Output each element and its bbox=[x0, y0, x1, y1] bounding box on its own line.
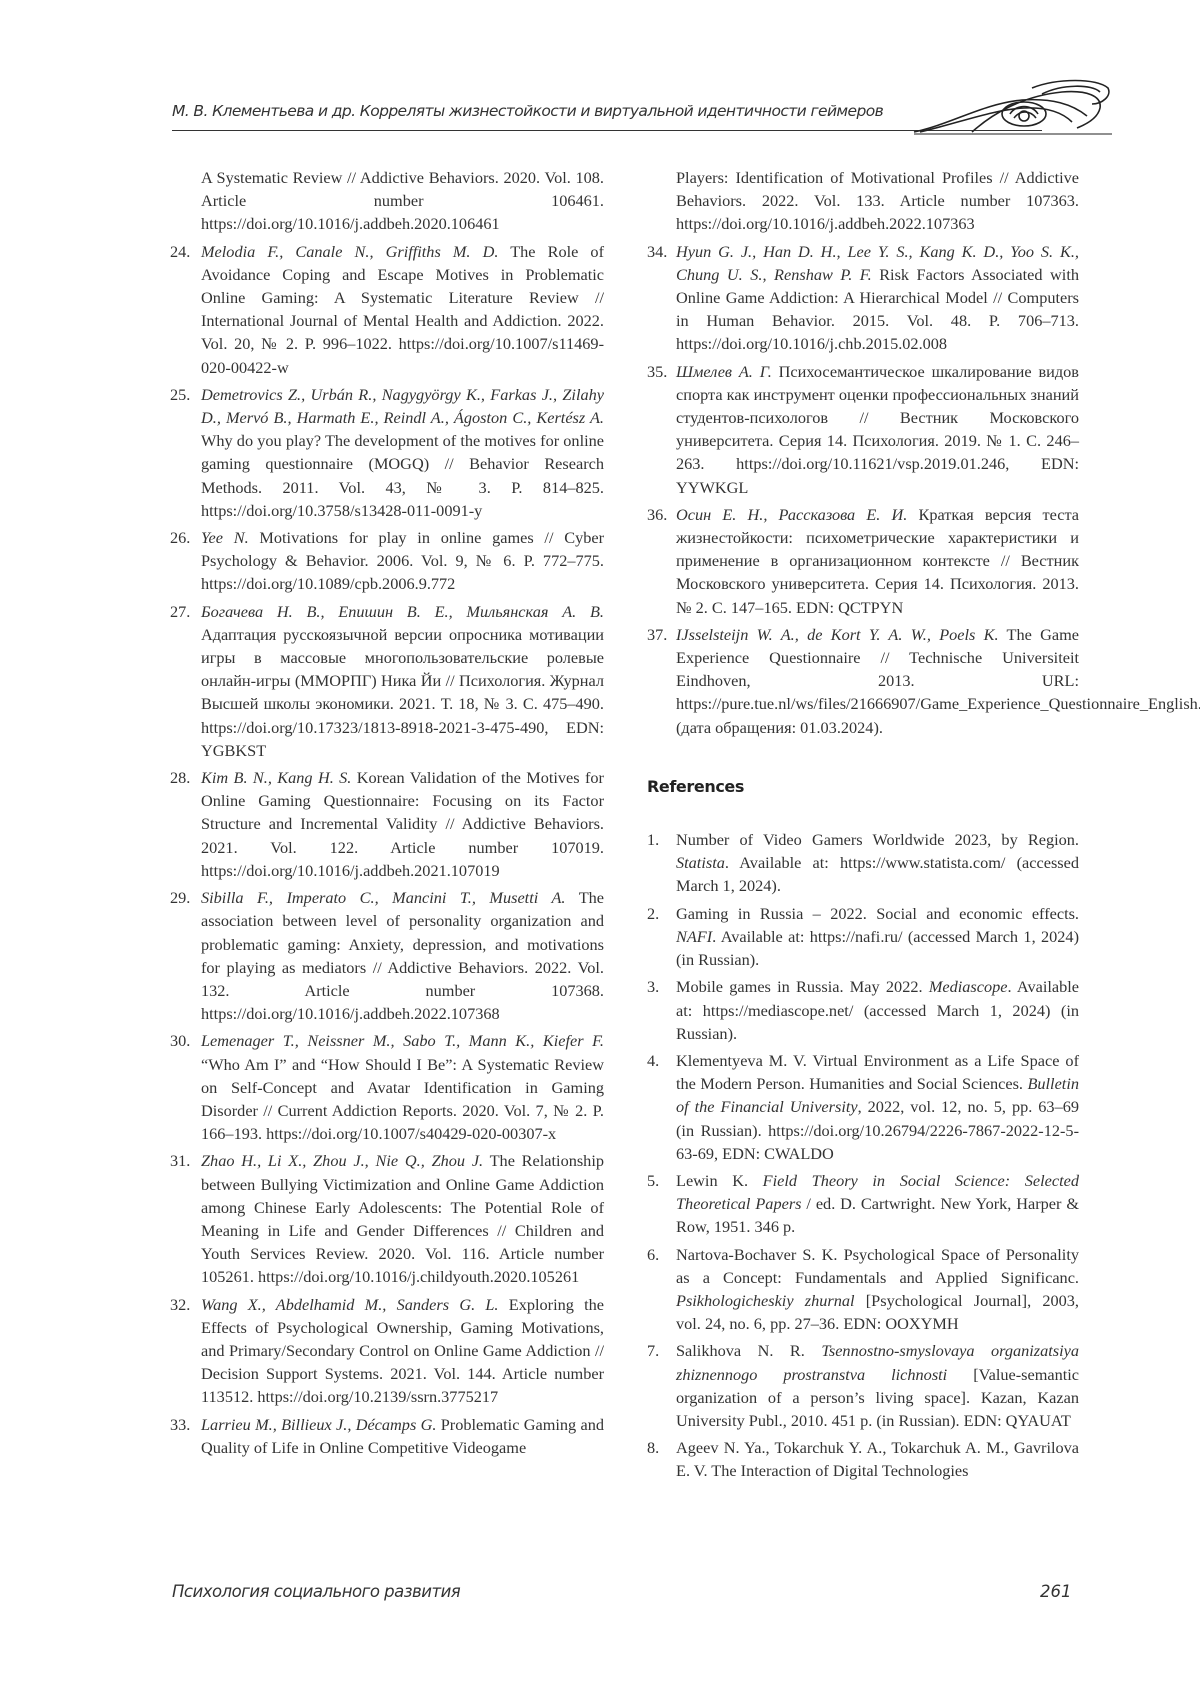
reference-number: 6. bbox=[647, 1243, 675, 1266]
reference-authors: IJsselsteijn W. A., de Kort Y. A. W., Po… bbox=[676, 625, 999, 644]
reference-item: 5.Lewin K. Field Theory in Social Scienc… bbox=[647, 1169, 1079, 1239]
reference-item: 27.Богачева Н. В., Епишин В. Е., Мильянс… bbox=[172, 600, 604, 762]
reference-source: Psikhologicheskiy zhurnal bbox=[676, 1291, 855, 1310]
reference-text: A Systematic Review // Addictive Behavio… bbox=[201, 168, 604, 233]
reference-number: 37. bbox=[647, 623, 675, 646]
reference-number: 2. bbox=[647, 902, 675, 925]
reference-item: 33.Larrieu M., Billieux J., Décamps G. P… bbox=[172, 1413, 604, 1459]
reference-number: 32. bbox=[170, 1293, 198, 1316]
reference-text: Адаптация русскоязычной версии опросника… bbox=[201, 625, 604, 760]
left-column: A Systematic Review // Addictive Behavio… bbox=[172, 166, 604, 1463]
reference-item: 29.Sibilla F., Imperato C., Mancini T., … bbox=[172, 886, 604, 1025]
reference-authors: Melodia F., Canale N., Griffiths M. D. bbox=[201, 242, 498, 261]
reference-number: 33. bbox=[170, 1413, 198, 1436]
reference-source: NAFI bbox=[676, 927, 712, 946]
reference-text: Motivations for play in online games // … bbox=[201, 528, 604, 593]
reference-text: . Available at: https://www.statista.com… bbox=[676, 853, 1079, 895]
reference-text: Gaming in Russia – 2022. Social and econ… bbox=[676, 904, 1079, 923]
reference-text: The association between level of persona… bbox=[201, 888, 604, 1023]
reference-item: 24.Melodia F., Canale N., Griffiths M. D… bbox=[172, 240, 604, 379]
reference-number: 1. bbox=[647, 828, 675, 851]
reference-text: Lewin K. bbox=[676, 1171, 763, 1190]
reference-text: “Who Am I” and “How Should I Be”: A Syst… bbox=[201, 1055, 604, 1144]
reference-item: 32.Wang X., Abdelhamid M., Sanders G. L.… bbox=[172, 1293, 604, 1409]
reference-number: 28. bbox=[170, 766, 198, 789]
reference-authors: Larrieu M., Billieux J., Décamps G. bbox=[201, 1415, 436, 1434]
reference-continuation: Players: Identification of Motivational … bbox=[647, 166, 1079, 236]
reference-authors: Zhao H., Li X., Zhou J., Nie Q., Zhou J. bbox=[201, 1151, 483, 1170]
reference-number: 8. bbox=[647, 1436, 675, 1459]
reference-text: Ageev N. Ya., Tokarchuk Y. A., Tokarchuk… bbox=[676, 1438, 1079, 1480]
reference-number: 7. bbox=[647, 1339, 675, 1362]
reference-item: 4.Klementyeva M. V. Virtual Environment … bbox=[647, 1049, 1079, 1165]
reference-text: The Relationship between Bullying Victim… bbox=[201, 1151, 604, 1286]
reference-source: Mediascope bbox=[929, 977, 1008, 996]
reference-text: . Available at: https://nafi.ru/ (access… bbox=[676, 927, 1079, 969]
reference-item: 28.Kim B. N., Kang H. S. Korean Validati… bbox=[172, 766, 604, 882]
reference-item: 30.Lemenager T., Neissner M., Sabo T., M… bbox=[172, 1029, 604, 1145]
reference-text: Why do you play? The development of the … bbox=[201, 431, 604, 520]
references-heading: References bbox=[647, 775, 1079, 798]
reference-text: Players: Identification of Motivational … bbox=[676, 168, 1079, 233]
reference-number: 3. bbox=[647, 975, 675, 998]
reference-number: 35. bbox=[647, 360, 675, 383]
reference-text: Mobile games in Russia. May 2022. bbox=[676, 977, 929, 996]
reference-number: 31. bbox=[170, 1149, 198, 1172]
reference-text: Психосемантическое шкалирование видов сп… bbox=[676, 362, 1079, 497]
reference-authors: Sibilla F., Imperato C., Mancini T., Mus… bbox=[201, 888, 565, 907]
reference-item: 6.Nartova-Bochaver S. K. Psychological S… bbox=[647, 1243, 1079, 1336]
reference-authors: Осин Е. Н., Рассказова Е. И. bbox=[676, 505, 907, 524]
reference-authors: Yee N. bbox=[201, 528, 249, 547]
reference-number: 36. bbox=[647, 503, 675, 526]
reference-number: 34. bbox=[647, 240, 675, 263]
reference-item: 35.Шмелев А. Г. Психосемантическое шкали… bbox=[647, 360, 1079, 499]
reference-number: 25. bbox=[170, 383, 198, 406]
reference-authors: Богачева Н. В., Епишин В. Е., Мильянская… bbox=[201, 602, 604, 621]
ornament-icon bbox=[912, 74, 1112, 136]
reference-item: 37.IJsselsteijn W. A., de Kort Y. A. W.,… bbox=[647, 623, 1079, 739]
reference-text: Nartova-Bochaver S. K. Psychological Spa… bbox=[676, 1245, 1079, 1287]
reference-number: 26. bbox=[170, 526, 198, 549]
reference-item: 8.Ageev N. Ya., Tokarchuk Y. A., Tokarch… bbox=[647, 1436, 1079, 1482]
reference-item: 31.Zhao H., Li X., Zhou J., Nie Q., Zhou… bbox=[172, 1149, 604, 1288]
reference-item: 3.Mobile games in Russia. May 2022. Medi… bbox=[647, 975, 1079, 1045]
reference-number: 30. bbox=[170, 1029, 198, 1052]
reference-number: 5. bbox=[647, 1169, 675, 1192]
reference-number: 4. bbox=[647, 1049, 675, 1072]
journal-name: Психология социального развития bbox=[172, 1582, 460, 1601]
reference-item: 26.Yee N. Motivations for play in online… bbox=[172, 526, 604, 596]
reference-item: 1.Number of Video Gamers Worldwide 2023,… bbox=[647, 828, 1079, 898]
right-column: Players: Identification of Motivational … bbox=[647, 166, 1079, 1487]
reference-item: 36.Осин Е. Н., Рассказова Е. И. Краткая … bbox=[647, 503, 1079, 619]
reference-authors: Demetrovics Z., Urbán R., Nagygyörgy K.,… bbox=[201, 385, 604, 427]
reference-authors: Wang X., Abdelhamid M., Sanders G. L. bbox=[201, 1295, 499, 1314]
reference-authors: Kim B. N., Kang H. S. bbox=[201, 768, 351, 787]
reference-authors: Шмелев А. Г. bbox=[676, 362, 772, 381]
reference-number: 24. bbox=[170, 240, 198, 263]
reference-item: 2.Gaming in Russia – 2022. Social and ec… bbox=[647, 902, 1079, 972]
reference-item: 25.Demetrovics Z., Urbán R., Nagygyörgy … bbox=[172, 383, 604, 522]
reference-item: 34.Hyun G. J., Han D. H., Lee Y. S., Kan… bbox=[647, 240, 1079, 356]
running-title: М. В. Клементьева и др. Корреляты жизнес… bbox=[172, 102, 883, 120]
reference-continuation: A Systematic Review // Addictive Behavio… bbox=[172, 166, 604, 236]
reference-text: Salikhova N. R. bbox=[676, 1341, 821, 1360]
page-number: 261 bbox=[1040, 1582, 1072, 1601]
reference-text: The Role of Avoidance Coping and Escape … bbox=[201, 242, 604, 377]
reference-text: Klementyeva M. V. Virtual Environment as… bbox=[676, 1051, 1079, 1093]
running-header: М. В. Клементьева и др. Корреляты жизнес… bbox=[172, 96, 1092, 136]
reference-number: 29. bbox=[170, 886, 198, 909]
reference-authors: Lemenager T., Neissner M., Sabo T., Mann… bbox=[201, 1031, 604, 1050]
reference-item: 7.Salikhova N. R. Tsennostno-smyslovaya … bbox=[647, 1339, 1079, 1432]
reference-source: Statista bbox=[676, 853, 725, 872]
reference-text: Number of Video Gamers Worldwide 2023, b… bbox=[676, 830, 1079, 849]
reference-number: 27. bbox=[170, 600, 198, 623]
